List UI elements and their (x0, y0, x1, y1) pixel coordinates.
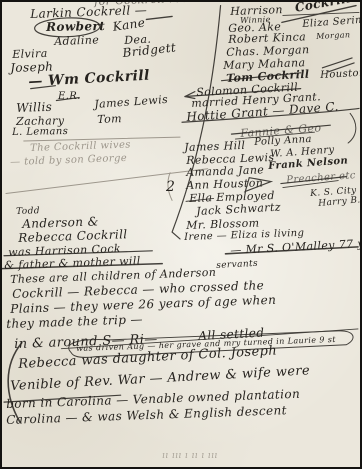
handwritten-line: Rowbert (46, 20, 105, 33)
handwritten-line: Willis (16, 101, 52, 114)
handwritten-line: E.R. (58, 92, 81, 102)
handwritten-line: James Hill (184, 140, 246, 153)
handwritten-line: 2 (166, 180, 175, 194)
handwritten-marks: ıı ııı ı ıı ı ııı (162, 452, 218, 461)
scanned-document-page: for Cockrell record Larkin Cockrell — Ro… (0, 0, 362, 469)
handwritten-line: Houston (320, 69, 362, 81)
handwritten-line: Tom (97, 113, 122, 125)
handwritten-line: Elvira (12, 48, 48, 60)
handwritten-line: Adaline (54, 34, 99, 47)
handwritten-line: L. Lemans (12, 127, 68, 138)
